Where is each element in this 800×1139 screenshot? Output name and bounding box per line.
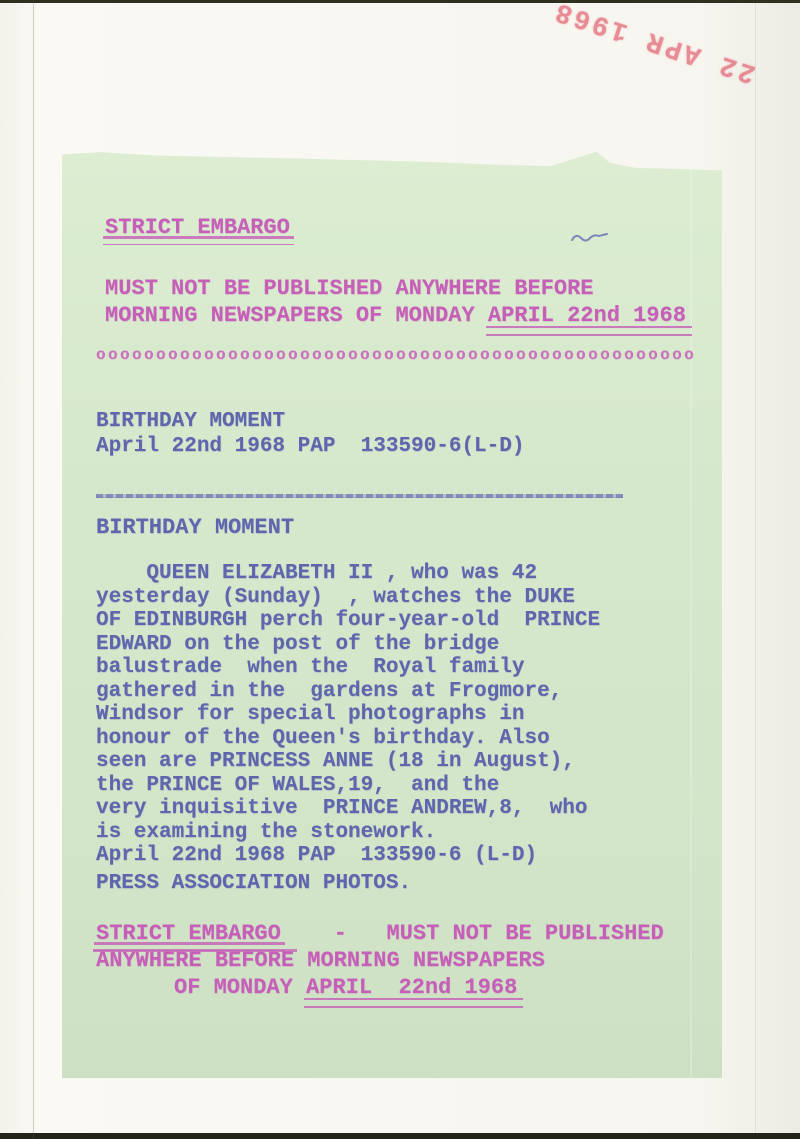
- photo-info-title: BIRTHDAY MOMENT: [96, 409, 702, 434]
- embargo-top-line1: MUST NOT BE PUBLISHED ANYWHERE BEFORE: [105, 275, 702, 302]
- pen-squiggle-mark: [570, 232, 610, 246]
- caption-line: yesterday (Sunday) , watches the DUKE: [96, 586, 702, 610]
- embargo-top-line2-prefix: MORNING NEWSPAPERS OF MONDAY: [105, 303, 488, 328]
- horizontal-rule: [96, 494, 623, 498]
- embargo-top-heading-text: STRICT EMBARGO: [105, 214, 290, 241]
- scan-right-band: [755, 0, 756, 1139]
- scan-crease-line: [33, 0, 34, 1139]
- caption-line: April 22nd 1968 PAP 133590-6 (L-D): [96, 844, 702, 868]
- caption-line: EDWARD on the post of the bridge: [96, 633, 702, 657]
- caption-line: gathered in the gardens at Frogmore,: [96, 680, 702, 704]
- press-credit: PRESS ASSOCIATION PHOTOS.: [96, 872, 702, 896]
- caption-line: OF EDINBURGH perch four-year-old PRINCE: [96, 609, 702, 633]
- caption-line: Windsor for special photographs in: [96, 703, 702, 727]
- embargo-bottom-line3-date: APRIL 22nd 1968: [306, 974, 517, 1001]
- paper-streak: [690, 148, 692, 1078]
- embargo-top-line2-date: APRIL 22nd 1968: [488, 302, 686, 329]
- caption-title: BIRTHDAY MOMENT: [96, 514, 702, 541]
- caption-line: balustrade when the Royal family: [96, 656, 702, 680]
- embargo-bottom-block: STRICT EMBARGO - MUST NOT BE PUBLISHED A…: [96, 920, 702, 1001]
- green-paper-sheet: STRICT EMBARGO MUST NOT BE PUBLISHED ANY…: [62, 148, 722, 1078]
- embargo-top-block: STRICT EMBARGO MUST NOT BE PUBLISHED ANY…: [105, 214, 702, 329]
- photo-info-reference: April 22nd 1968 PAP 133590-6(L-D): [96, 434, 702, 459]
- caption-line: honour of the Queen's birthday. Also: [96, 727, 702, 751]
- caption-line: seen are PRINCESS ANNE (18 in August),: [96, 750, 702, 774]
- embargo-bottom-heading: STRICT EMBARGO: [96, 920, 281, 947]
- embargo-bottom-line3-prefix: OF MONDAY: [174, 975, 306, 1000]
- embargo-bottom-line1-rest: - MUST NOT BE PUBLISHED: [281, 921, 664, 946]
- caption-text: QUEEN ELIZABETH II , who was 42 yesterda…: [96, 562, 702, 868]
- embargo-bottom-line2: ANYWHERE BEFORE MORNING NEWSPAPERS: [96, 947, 702, 974]
- embargo-top-line2: MORNING NEWSPAPERS OF MONDAY APRIL 22nd …: [105, 302, 702, 329]
- embargo-bottom-line3: OF MONDAY APRIL 22nd 1968: [96, 974, 702, 1001]
- photo-info-block: BIRTHDAY MOMENT April 22nd 1968 PAP 1335…: [96, 409, 702, 459]
- date-stamp: 22 APR 1968: [549, 0, 759, 88]
- embargo-bottom-line2-overlined: ANYWHERE BEFORE: [96, 947, 294, 974]
- scanned-press-caption-page: { "colors":{ "paper_green":"#d7e9cd", "i…: [0, 0, 800, 1139]
- caption-line: very inquisitive PRINCE ANDREW,8, who: [96, 797, 702, 821]
- embargo-top-lines: MUST NOT BE PUBLISHED ANYWHERE BEFORE MO…: [105, 275, 702, 329]
- caption-line: is examining the stonework.: [96, 821, 702, 845]
- caption-line: QUEEN ELIZABETH II , who was 42: [96, 562, 702, 586]
- caption-line: the PRINCE OF WALES,19, and the: [96, 774, 702, 798]
- dotted-separator: oooooooooooooooooooooooooooooooooooooooo…: [96, 345, 702, 365]
- embargo-bottom-line1: STRICT EMBARGO - MUST NOT BE PUBLISHED: [96, 920, 702, 947]
- embargo-bottom-line2-rest: MORNING NEWSPAPERS: [294, 948, 545, 973]
- scan-edge-top: [0, 0, 800, 3]
- embargo-top-heading: STRICT EMBARGO: [105, 214, 702, 241]
- scan-edge-bottom: [0, 1133, 800, 1139]
